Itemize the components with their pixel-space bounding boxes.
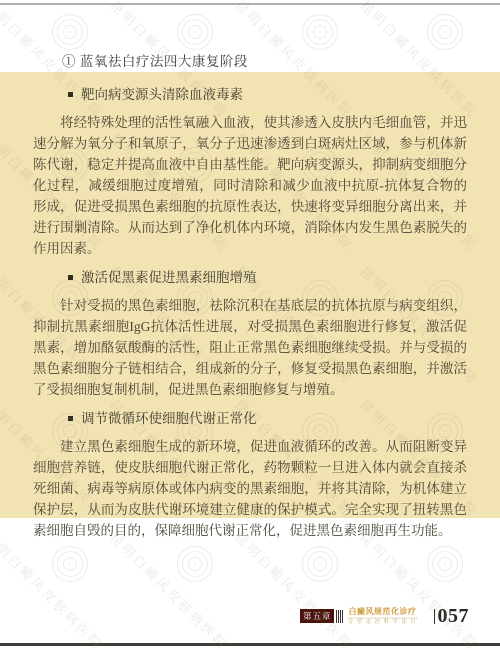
- watermark-text: 昆明白癜风皮肤病医院: [357, 527, 484, 650]
- watermark-stamp-icon: [177, 14, 213, 50]
- book-page: { "page": { "heading": "① 蓝氧祛白疗法四大康复阶段",…: [0, 0, 500, 650]
- square-bullet-icon: [68, 275, 73, 280]
- top-rule: [0, 3, 500, 5]
- square-bullet-icon: [68, 416, 73, 421]
- section-title-text: 靶向病变源头清除血液毒素: [81, 87, 243, 102]
- watermark-stamp-icon: [427, 14, 463, 50]
- square-bullet-icon: [68, 92, 73, 97]
- book-subtitle: 分 型 论 治 科 学 祛 白: [348, 617, 417, 625]
- body-paragraph-2: 针对受损的黑色素细胞，祛除沉积在基底层的抗体抗原与病变组织，抑制抗黑素细胞IgG…: [33, 295, 467, 400]
- watermark-stamp-icon: [302, 14, 338, 50]
- chapter-badge: 第五章: [300, 609, 335, 623]
- vertical-bars-icon: [336, 610, 344, 623]
- page-number: 057: [438, 606, 470, 626]
- watermark-stamp-icon: [427, 546, 463, 582]
- bottom-rule: [0, 643, 500, 646]
- watermark-stamp-icon: [52, 14, 88, 50]
- content-panel: 靶向病变源头清除血液毒素 将经特殊处理的活性氧融入血液，使其渗透入皮肤内毛细血管…: [0, 72, 500, 518]
- watermark-text: 昆明白癜风皮肤病医院: [107, 527, 234, 650]
- watermark-stamp-icon: [177, 546, 213, 582]
- page-heading: ① 蓝氧祛白疗法四大康复阶段: [62, 50, 248, 70]
- body-paragraph-3: 建立黑色素细胞生成的新环境，促进血液循环的改善。从而阻断变异细胞营养链，使皮肤细…: [33, 436, 467, 541]
- page-footer: 第五章 白癜风规范化诊疗 分 型 论 治 科 学 祛 白 057: [300, 606, 469, 626]
- section-title-1: 靶向病变源头清除血液毒素: [68, 86, 467, 104]
- footer-divider: [434, 609, 435, 624]
- book-title-block: 白癜风规范化诊疗 分 型 论 治 科 学 祛 白: [348, 607, 429, 626]
- book-title: 白癜风规范化诊疗: [348, 607, 429, 616]
- section-title-text: 调节微循环使细胞代谢正常化: [81, 411, 257, 426]
- section-title-2: 激活促黑素促进黑素细胞增殖: [68, 269, 467, 287]
- watermark-stamp-icon: [52, 546, 88, 582]
- section-title-3: 调节微循环使细胞代谢正常化: [68, 410, 467, 428]
- watermark-stamp-icon: [302, 546, 338, 582]
- watermark-text: 昆明白癜风皮肤病医院: [0, 527, 108, 650]
- section-title-text: 激活促黑素促进黑素细胞增殖: [81, 270, 257, 285]
- body-paragraph-1: 将经特殊处理的活性氧融入血液，使其渗透入皮肤内毛细血管，并迅速分解为氧分子和氧原…: [33, 112, 467, 259]
- watermark-text: 昆明白癜风皮肤病医院: [232, 527, 359, 650]
